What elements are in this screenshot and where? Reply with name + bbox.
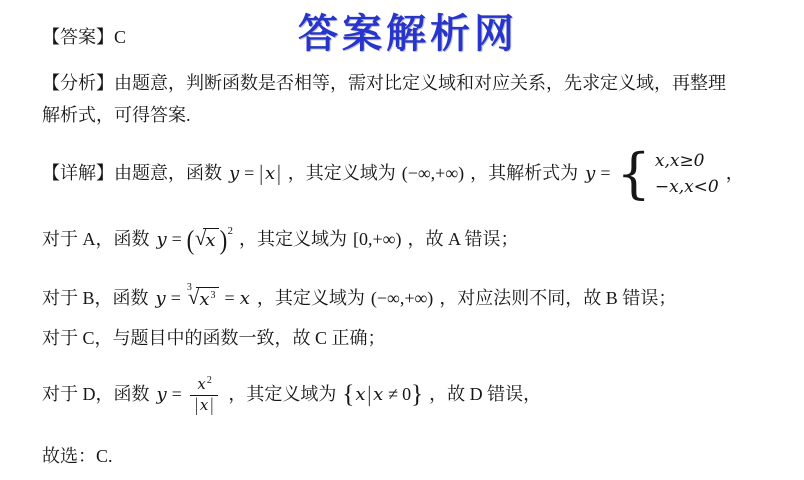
conclusion-text: 故选：C.	[42, 446, 113, 468]
analysis-line-2: 解析式，可得答案.	[42, 104, 191, 128]
equals-sign: =	[168, 229, 186, 251]
option-a-prefix: 对于 A，函数	[42, 229, 150, 251]
detail-seg-expr: ，其解析式为	[470, 163, 578, 185]
option-c-text: 对于 C，与题目中的函数一致，故 C 正确；	[42, 328, 386, 350]
solution-document-page: 答案解析网 【答案】C 【分析】由题意，判断函数是否相等，需对比定义域和对应关系…	[0, 0, 804, 480]
option-d-line: 对于 D，函数 y = x2 |x| ，其定义域为 { x | x ≠ 0 } …	[42, 366, 541, 424]
formula-cube-root: y = 3 √ x3 = x	[155, 287, 251, 311]
conclusion-line: 故选：C.	[42, 444, 113, 470]
exponent-2: 2	[228, 225, 234, 238]
not-equal-sign: ≠	[384, 384, 402, 406]
fraction-denominator: |x|	[190, 395, 219, 416]
radicand-x: x	[203, 228, 218, 252]
fraction-numerator: x2	[192, 375, 215, 395]
equals-sign: =	[240, 163, 258, 185]
detail-seg-domain: ，其定义域为	[288, 163, 396, 185]
paren-close: )	[219, 228, 227, 252]
equals-sign: =	[221, 288, 239, 310]
piecewise-row-2: −x,x<0	[654, 174, 720, 200]
math-var-x: x	[198, 289, 210, 310]
set-brace-open: {	[342, 384, 354, 407]
math-var-y: y	[156, 384, 168, 406]
math-zero: 0	[402, 384, 411, 406]
math-var-x: x	[199, 396, 209, 414]
option-b-prefix: 对于 B，函数	[42, 288, 149, 310]
detail-tail: ，	[726, 163, 744, 185]
option-b-tail: ，对应法则不同，故 B 错误；	[439, 288, 676, 310]
square-root: √ x	[195, 228, 219, 252]
interval-reals: (−∞,+∞)	[371, 288, 433, 310]
piecewise-cases: { x,x≥0 −x,x<0	[617, 148, 720, 201]
option-d-prefix: 对于 D，函数	[42, 384, 150, 406]
fraction-x2-over-absx: x2 |x|	[190, 375, 219, 416]
option-d-tail: ，故 D 错误，	[429, 384, 541, 406]
exponent-2: 2	[207, 375, 212, 386]
option-b-seg-domain: ，其定义域为	[257, 288, 365, 310]
math-var-x: x	[196, 375, 206, 393]
equals-sign: =	[167, 288, 185, 310]
radicand-x-cubed: x3	[196, 287, 218, 311]
piecewise-brace: {	[617, 148, 651, 199]
paren-open: (	[187, 228, 195, 252]
option-a-seg-domain: ，其定义域为	[239, 229, 347, 251]
analysis-text-2: 解析式，可得答案.	[42, 105, 191, 127]
set-brace-close: }	[411, 384, 423, 407]
equals-sign: =	[168, 384, 186, 406]
answer-text: 【答案】C	[42, 27, 126, 49]
cube-root: 3 √ x3	[187, 287, 219, 311]
analysis-text-1: 【分析】由题意，判断函数是否相等，需对比定义域和对应关系，先求定义域，再整理	[42, 73, 726, 95]
set-divider-bar: |	[366, 382, 372, 409]
math-var-x: x	[354, 384, 366, 406]
math-var-x: x	[264, 163, 276, 185]
math-var-x: x	[372, 384, 384, 406]
answer-line: 【答案】C	[42, 26, 126, 50]
piecewise-rows: x,x≥0 −x,x<0	[654, 148, 720, 201]
math-var-x: x	[239, 288, 251, 310]
detail-prefix: 【详解】由题意，函数	[42, 163, 222, 185]
math-var-y: y	[228, 163, 240, 185]
analysis-line-1: 【分析】由题意，判断函数是否相等，需对比定义域和对应关系，先求定义域，再整理	[42, 72, 726, 96]
math-var-y: y	[155, 288, 167, 310]
piecewise-row-1: x,x≥0	[654, 148, 720, 174]
formula-abs-value: y = | x |	[228, 163, 282, 185]
option-c-line: 对于 C，与题目中的函数一致，故 C 正确；	[42, 326, 386, 352]
root-index-3: 3	[187, 282, 192, 294]
math-var-y: y	[156, 229, 168, 251]
formula-fraction: y = x2 |x|	[156, 375, 223, 416]
option-d-seg-domain: ，其定义域为	[228, 384, 336, 406]
interval-zero-inf: [0,+∞)	[353, 229, 401, 251]
formula-piecewise: y = { x,x≥0 −x,x<0	[584, 148, 720, 201]
math-var-y: y	[584, 163, 596, 185]
option-a-line: 对于 A，函数 y = ( √ x ) 2 ，其定义域为 [0,+∞) ，故 A…	[42, 218, 519, 262]
equals-sign: =	[596, 163, 614, 185]
interval-reals: (−∞,+∞)	[402, 163, 464, 185]
abs-bar-left: |	[258, 161, 264, 188]
set-notation: { x | x ≠ 0 }	[342, 384, 423, 407]
option-b-line: 对于 B，函数 y = 3 √ x3 = x ，其定义域为 (−∞,+∞) ，对…	[42, 278, 676, 320]
exponent-3: 3	[211, 290, 216, 301]
abs-bar-left: |	[194, 394, 199, 417]
abs-bar-right: |	[276, 161, 282, 188]
abs-bar-right: |	[209, 394, 214, 417]
detail-line: 【详解】由题意，函数 y = | x | ，其定义域为 (−∞,+∞) ，其解析…	[42, 142, 744, 206]
option-a-tail: ，故 A 错误；	[408, 229, 519, 251]
formula-sqrt-squared: y = ( √ x ) 2	[156, 228, 234, 252]
